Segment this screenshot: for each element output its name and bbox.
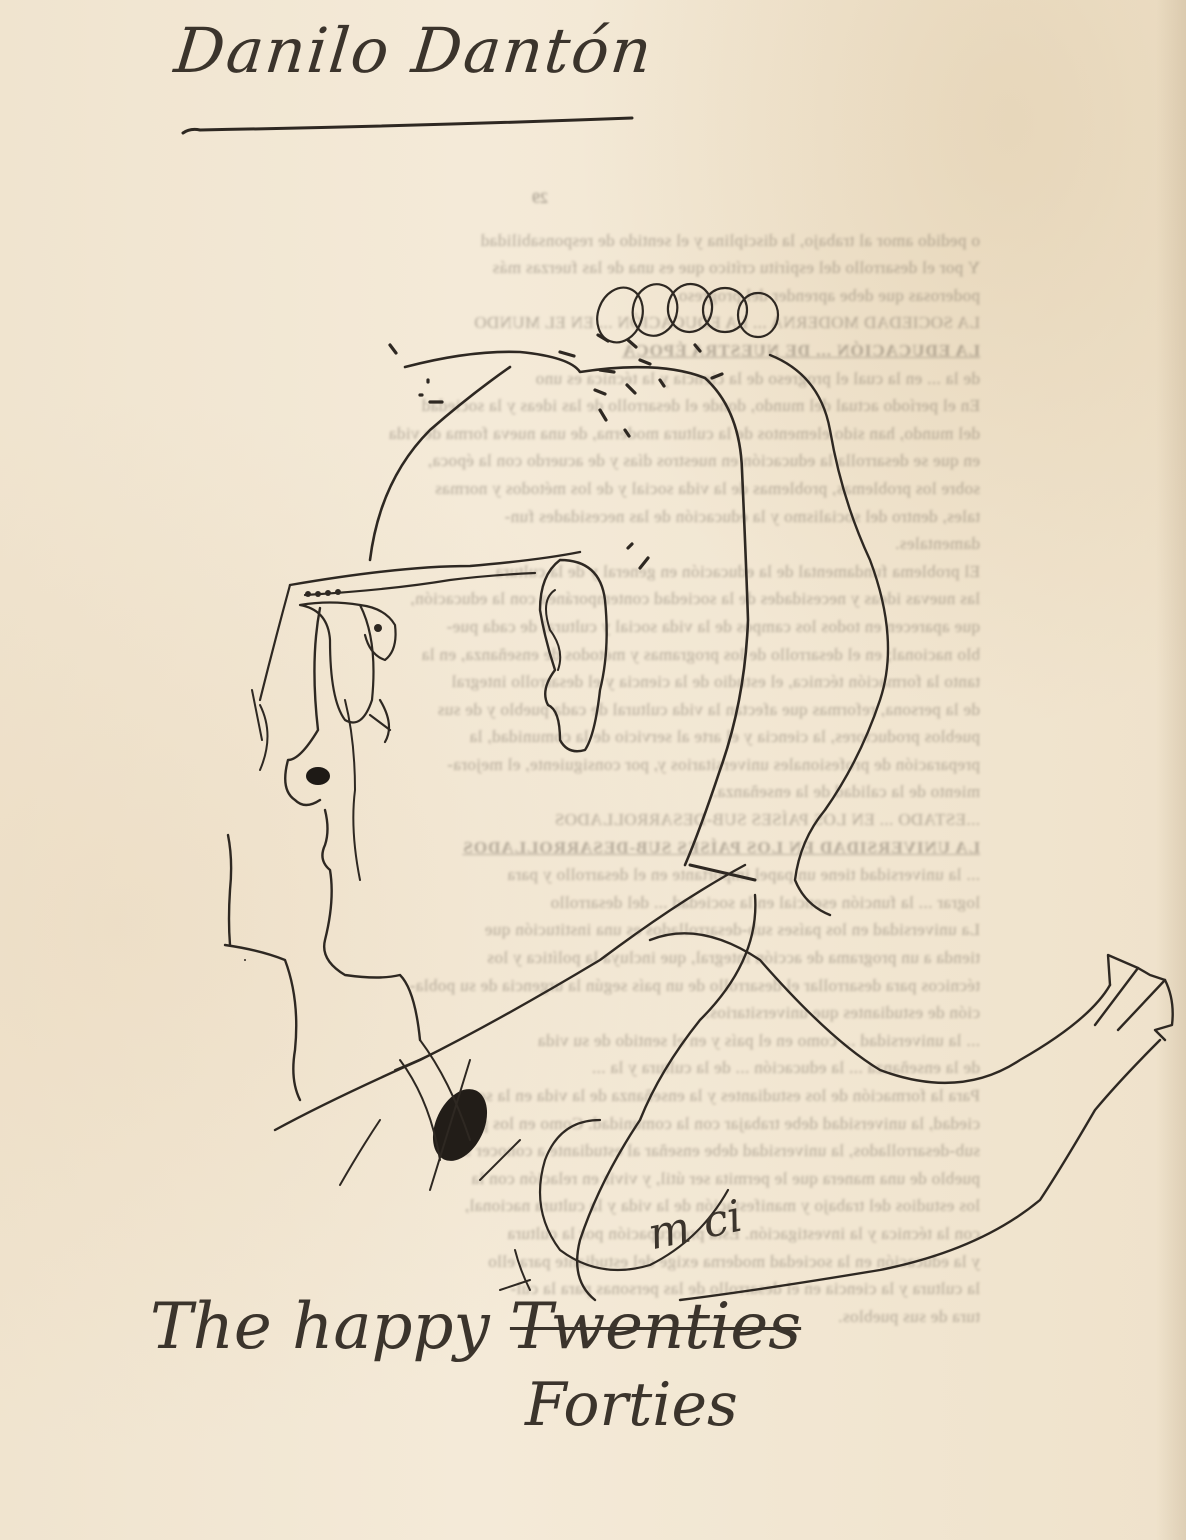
name-underline — [183, 118, 632, 133]
forehead-line — [260, 585, 290, 700]
neck-front — [228, 835, 231, 945]
tail-fins — [1095, 955, 1173, 1040]
head-outer — [770, 355, 888, 915]
caption-struck-word: Twenties — [510, 1290, 801, 1364]
cheek-line — [345, 700, 360, 880]
shoulder-line — [275, 865, 745, 1130]
leg-stroke — [500, 1250, 530, 1290]
mouth-chin — [322, 810, 420, 1040]
nostril — [306, 767, 330, 785]
scanned-page: 29 o pedido amor al trabajo, la discipli… — [0, 0, 1186, 1540]
head-back — [405, 352, 748, 865]
tail-upper — [650, 933, 1110, 1083]
cheek-marks — [252, 690, 268, 770]
body-front — [225, 945, 300, 1100]
caption-correction: Forties — [525, 1370, 738, 1440]
caption-prefix: The happy — [150, 1290, 490, 1364]
tail-lower — [680, 1040, 1160, 1300]
pupil — [374, 624, 382, 632]
handwritten-caption: The happy Twenties — [150, 1290, 801, 1364]
glasses-frame — [300, 603, 374, 723]
eye — [360, 605, 396, 660]
ear-outline — [540, 560, 607, 751]
ear-inner — [546, 590, 560, 670]
cap-crown — [370, 367, 510, 560]
cap-brim — [290, 552, 580, 585]
hair-curls — [590, 279, 778, 349]
ear — [370, 700, 390, 742]
